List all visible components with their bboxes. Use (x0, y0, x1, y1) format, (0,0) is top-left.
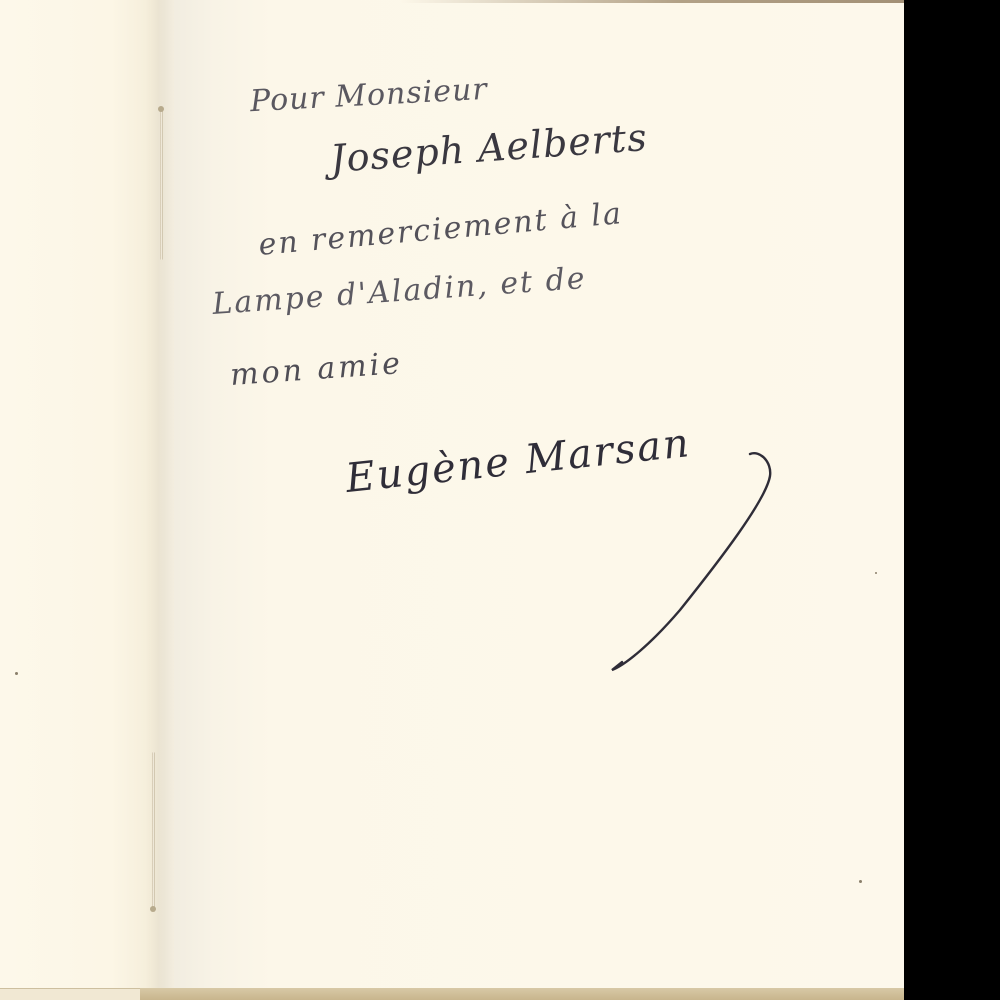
binding-stitch-bottom (152, 752, 155, 912)
binding-stitch-top (160, 110, 163, 260)
book-cover-edge (904, 0, 1000, 1000)
stitch-knot-icon (150, 906, 156, 912)
stitch-knot-icon (158, 106, 164, 112)
left-page-edge (0, 988, 145, 1000)
page-bottom-edge (140, 988, 904, 1000)
signature-flourish-icon (600, 440, 800, 680)
paper-speck (859, 880, 862, 883)
book-scan: Pour Monsieur Joseph Aelberts en remerci… (0, 0, 1000, 1000)
left-page (0, 0, 158, 990)
paper-speck (875, 572, 877, 574)
page-top-edge (400, 0, 904, 3)
paper-speck (15, 672, 18, 675)
